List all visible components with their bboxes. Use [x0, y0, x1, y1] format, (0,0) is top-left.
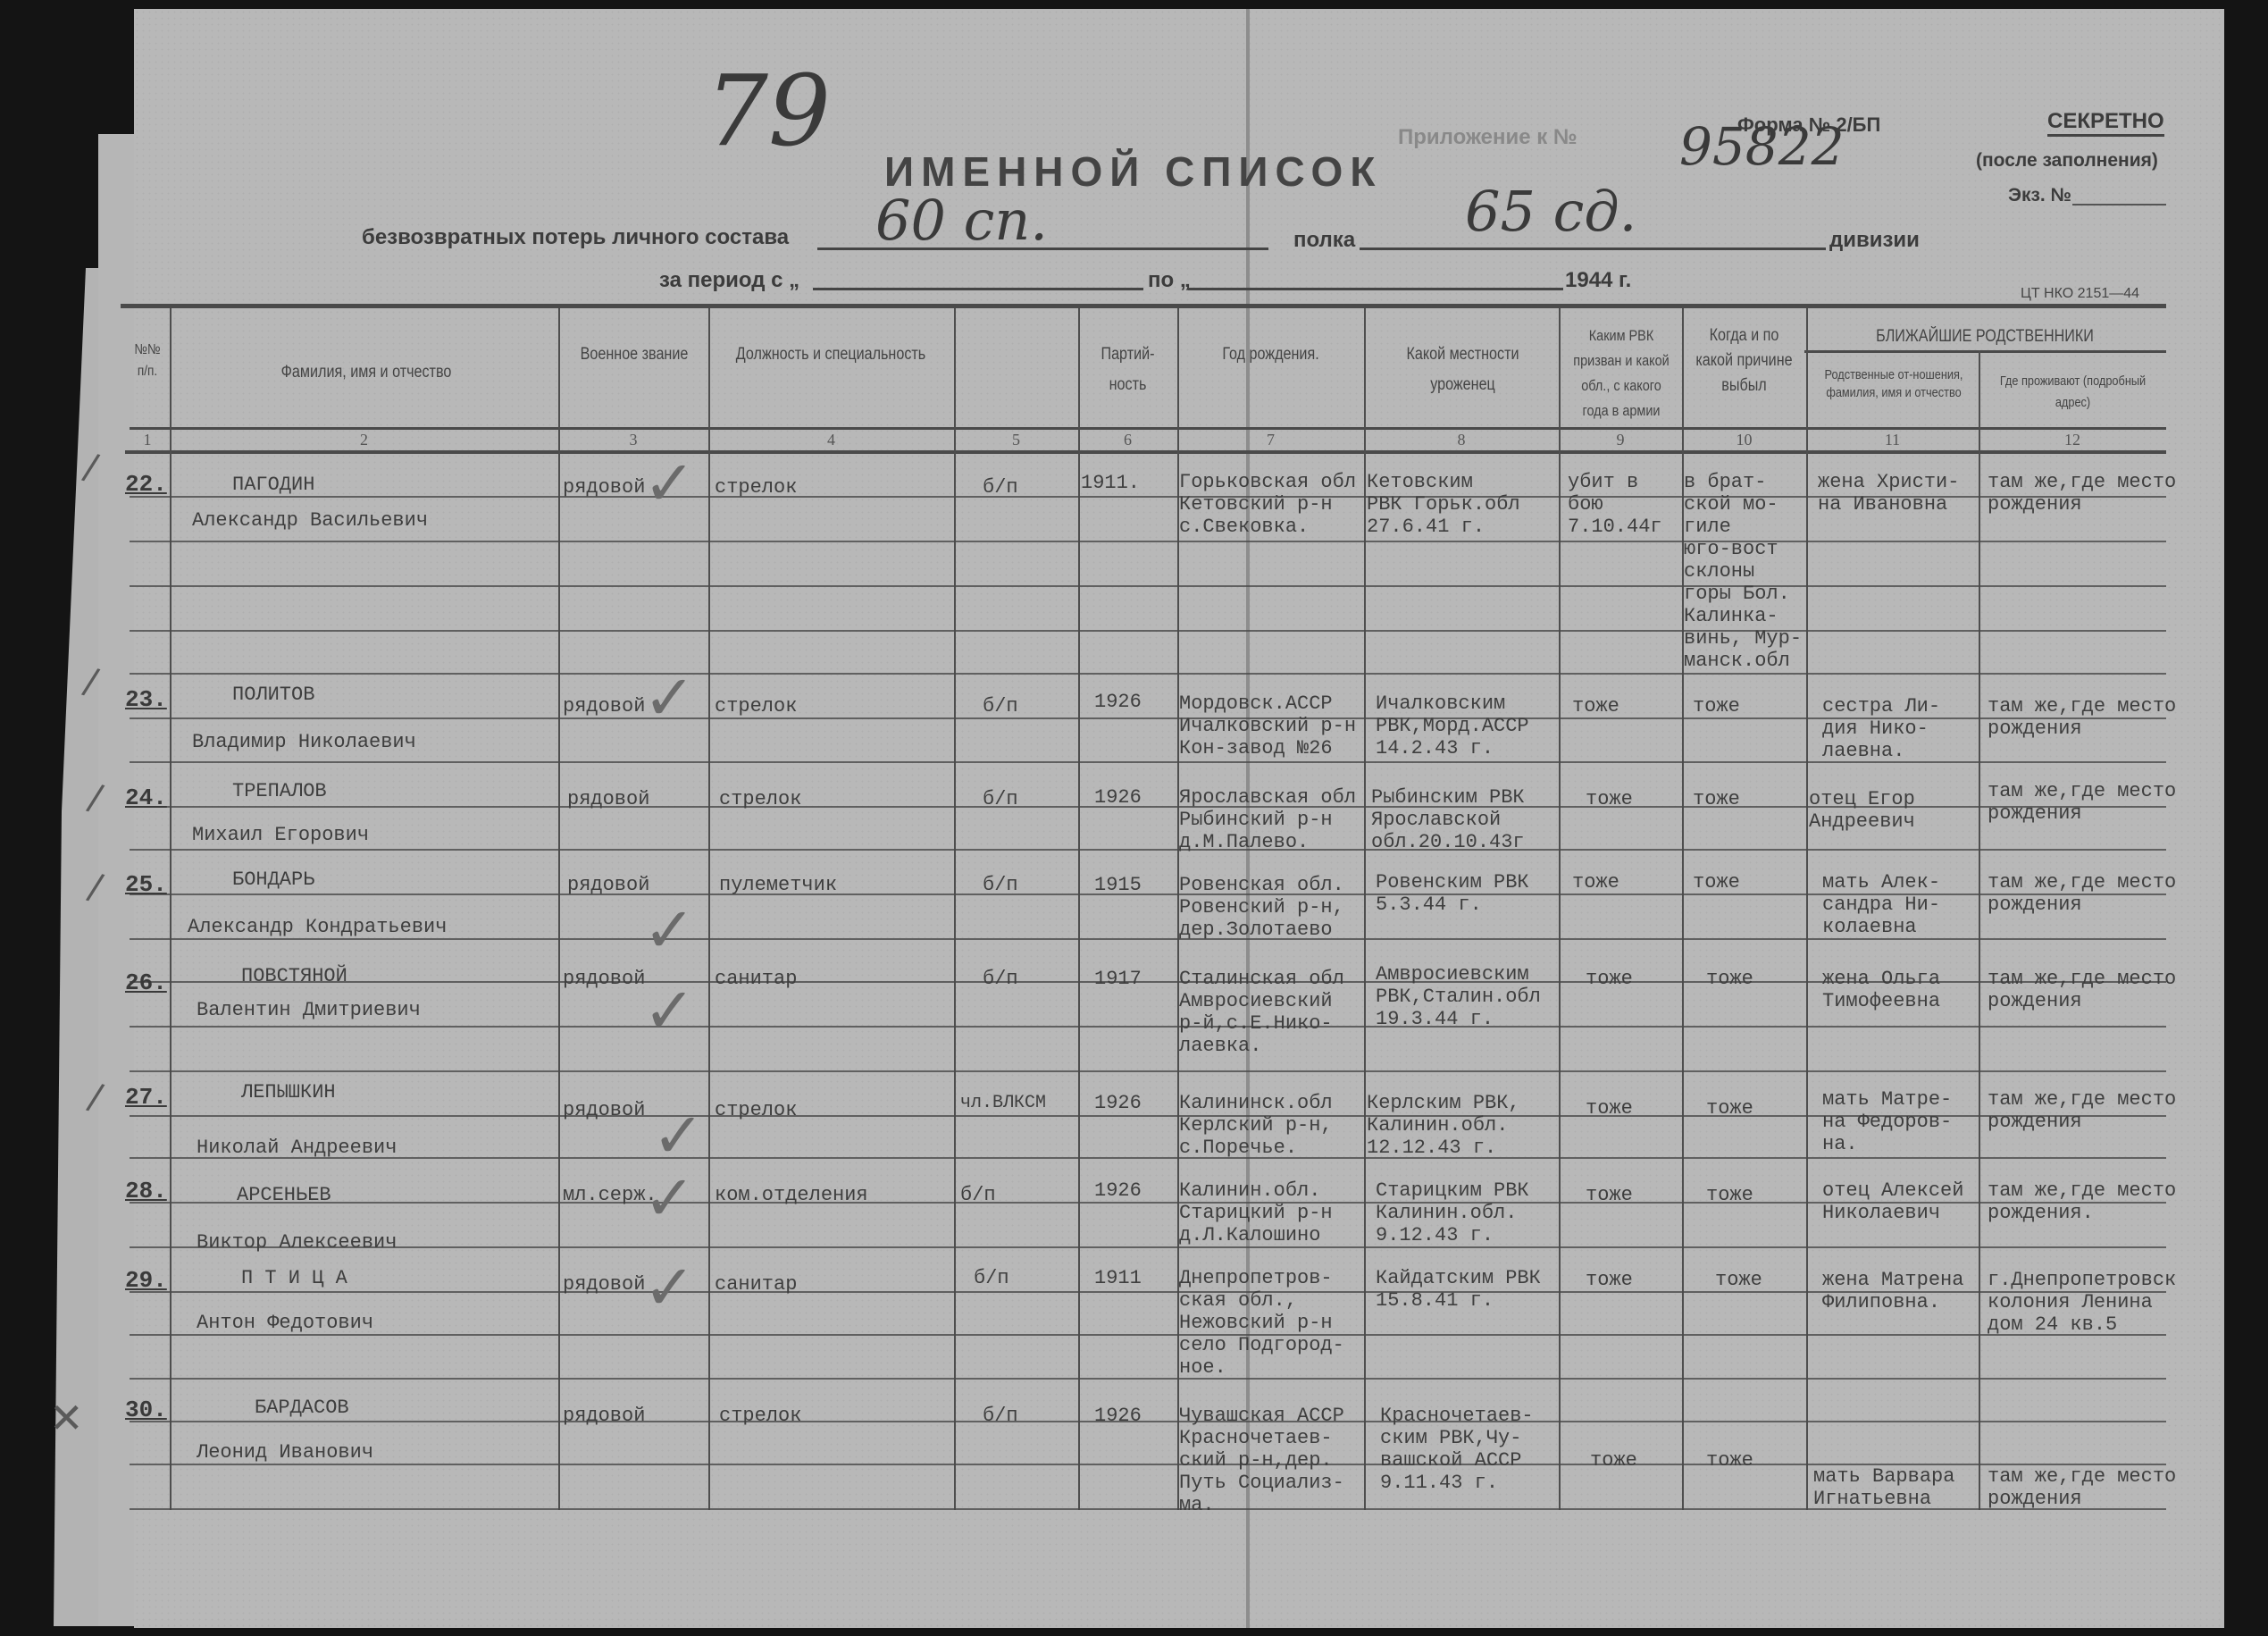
- birth-year: 1926: [1094, 691, 1142, 713]
- party-membership: б/п: [960, 1184, 996, 1206]
- military-rank: рядовой: [563, 695, 645, 717]
- handwritten-page-number: 79: [706, 54, 831, 168]
- pencil-checkmark-icon: ✓: [643, 661, 696, 734]
- next-of-kin: отец Алексей Николаевич: [1822, 1179, 1963, 1224]
- header-col-1: №№ п/п.: [129, 340, 167, 382]
- rule-line: [130, 1070, 2166, 1072]
- row-number: 26.: [125, 969, 167, 996]
- reason-left: тоже: [1586, 1184, 1633, 1206]
- given-names: Антон Федотович: [197, 1312, 373, 1334]
- regiment-label: полка: [1293, 228, 1355, 253]
- position: пулеметчик: [719, 874, 837, 896]
- burial-place: тоже: [1715, 1269, 1762, 1291]
- print-code: ЦТ НКО 2151—44: [2021, 286, 2139, 302]
- header-col-6: Год рождения.: [1193, 340, 1348, 370]
- position: санитар: [715, 1273, 797, 1296]
- birthplace: Ровенская обл. Ровенский р-н, дер.Золота…: [1179, 874, 1344, 941]
- rule-line: [130, 1421, 2166, 1422]
- col-number-7: 7: [1177, 431, 1364, 449]
- kin-address: там же,где место рождения: [1988, 1465, 2176, 1510]
- kin-address: там же,где место рождения: [1988, 695, 2176, 740]
- division-label: дивизии: [1829, 228, 1920, 253]
- position: стрелок: [719, 788, 801, 810]
- col-divider: [170, 308, 172, 1510]
- col-divider: [1979, 350, 1980, 1510]
- col-number-9: 9: [1559, 431, 1682, 449]
- kin-address: там же,где место рождения: [1988, 871, 2176, 916]
- position: санитар: [715, 968, 797, 990]
- row-number: 29.: [125, 1267, 167, 1294]
- party-membership: чл.ВЛКСМ: [960, 1092, 1046, 1114]
- surname: АРСЕНЬЕВ: [237, 1184, 331, 1206]
- birthplace: Чувашская АССР Красночетаев- ский р-н,де…: [1179, 1405, 1344, 1516]
- col-number-6: 6: [1078, 431, 1177, 449]
- margin-ink-blot-icon: ✕: [49, 1394, 84, 1442]
- next-of-kin: мать Матре- на Федоров- на.: [1822, 1088, 1952, 1155]
- surname: ПОВСТЯНОЙ: [241, 965, 347, 987]
- rule-line: [130, 1378, 2166, 1380]
- reason-left: тоже: [1586, 788, 1633, 810]
- birth-year: 1926: [1094, 1179, 1142, 1202]
- party-membership: б/п: [983, 476, 1018, 499]
- military-rank: рядовой: [567, 874, 649, 896]
- reason-left: тоже: [1572, 871, 1619, 894]
- col-number-10: 10: [1682, 431, 1806, 449]
- list-subtitle-prefix: безвозвратных потерь личного состава: [362, 225, 789, 250]
- given-names: Виктор Алексеевич: [197, 1231, 397, 1254]
- col-number-5: 5: [954, 431, 1078, 449]
- col-number-2: 2: [170, 431, 558, 449]
- row-number: 25.: [125, 871, 167, 898]
- position: ком.отделения: [715, 1184, 868, 1206]
- surname: ЛЕПЫШКИН: [241, 1081, 336, 1103]
- rule-line: [130, 585, 2166, 587]
- next-of-kin: жена Матрена Филиповна.: [1822, 1269, 1963, 1313]
- col-number-8: 8: [1364, 431, 1559, 449]
- birthplace: Днепропетров- ская обл., Нежовский р-н с…: [1179, 1267, 1344, 1379]
- kin-address: там же,где место рождения: [1988, 1088, 2176, 1133]
- pencil-checkmark-icon: ✓: [643, 974, 696, 1047]
- col-divider: [1364, 308, 1366, 1510]
- burial-place: в брат- ской мо- гиле юго-вост склоны го…: [1684, 471, 1802, 672]
- military-rank: рядовой: [563, 1405, 645, 1427]
- row-number: 28.: [125, 1178, 167, 1204]
- period-mid: по „: [1148, 268, 1191, 293]
- draft-office: Красночетаев- ским РВК,Чу- вашской АССР …: [1380, 1405, 1534, 1494]
- draft-office: Керлским РВК, Калинин.обл. 12.12.43 г.: [1367, 1092, 1520, 1159]
- period-from-line: [813, 288, 1143, 290]
- copy-number-label: Экз. №: [2008, 185, 2071, 206]
- birth-year: 1926: [1094, 786, 1142, 809]
- kin-address: г.Днепропетровск колония Ленина дом 24 к…: [1988, 1269, 2176, 1336]
- draft-office: Кетовским РВК Горьк.обл 27.6.41 г.: [1367, 471, 1520, 538]
- party-membership: б/п: [974, 1267, 1009, 1289]
- party-membership: б/п: [983, 788, 1018, 810]
- kin-address: там же,где место рождения: [1988, 780, 2176, 825]
- col-divider: [1806, 308, 1808, 1510]
- birth-year: 1917: [1094, 968, 1142, 990]
- rule-line: [130, 1246, 2166, 1248]
- party-membership: б/п: [983, 968, 1018, 990]
- row-number: 27.: [125, 1084, 167, 1111]
- birthplace: Ярославская обл Рыбинский р-н д.М.Палево…: [1179, 786, 1356, 853]
- given-names: Валентин Дмитриевич: [197, 999, 421, 1021]
- kin-address: там же,где место рождения.: [1988, 1179, 2176, 1224]
- reason-left: тоже: [1586, 1097, 1633, 1120]
- period-prefix: за период с „: [659, 268, 799, 293]
- header-relatives-group: БЛИЖАЙШИЕ РОДСТВЕННИКИ: [1833, 322, 2137, 352]
- header-col-7: Какой местности уроженец: [1381, 340, 1544, 400]
- col-number-11: 11: [1806, 431, 1979, 449]
- reason-left: тоже: [1572, 695, 1619, 717]
- birth-year: 1915: [1094, 874, 1142, 896]
- header-col-4: Должность и специальность: [732, 340, 930, 370]
- pencil-checkmark-icon: ✓: [643, 1162, 696, 1235]
- birthplace: Калинин.обл. Старицкий р-н д.Л.Калошино: [1179, 1179, 1333, 1246]
- col-divider: [558, 308, 560, 1510]
- rule-line: [130, 1334, 2166, 1336]
- header-col-12: Где проживают (подробный адрес): [1995, 371, 2150, 414]
- party-membership: б/п: [983, 1405, 1018, 1427]
- header-col-5: Партий-ность: [1088, 340, 1167, 400]
- birth-year: 1911.: [1081, 472, 1140, 494]
- header-col-11: Родственные от-ношения, фамилия, имя и о…: [1821, 366, 1966, 402]
- given-names: Владимир Николаевич: [192, 731, 416, 753]
- birth-year: 1911: [1094, 1267, 1142, 1289]
- col-divider: [1559, 308, 1561, 1510]
- rule-line: [130, 630, 2166, 632]
- burial-place: тоже: [1693, 788, 1740, 810]
- burial-place: тоже: [1706, 1184, 1753, 1206]
- col-divider: [1078, 308, 1080, 1510]
- given-names: Александр Васильевич: [192, 509, 428, 532]
- military-rank: рядовой: [563, 476, 645, 499]
- position: стрелок: [715, 476, 797, 499]
- reason-left: тоже: [1590, 1449, 1637, 1472]
- pencil-checkmark-icon: ✓: [643, 1251, 696, 1324]
- kin-address: там же,где место рождения: [1988, 968, 2176, 1012]
- next-of-kin: жена Ольга Тимофеевна: [1822, 968, 1940, 1012]
- reason-left: тоже: [1586, 968, 1633, 990]
- draft-office: Амвросиевским РВК,Сталин.обл 19.3.44 г.: [1376, 963, 1541, 1030]
- burial-place: тоже: [1706, 1449, 1753, 1472]
- given-names: Николай Андреевич: [197, 1137, 397, 1159]
- birth-year: 1926: [1094, 1092, 1142, 1114]
- regiment-value: 60 сп.: [875, 188, 1048, 253]
- next-of-kin: жена Христи- на Ивановна: [1818, 471, 1959, 516]
- burial-place: тоже: [1693, 695, 1740, 717]
- birthplace: Сталинская обл Амвросиевский р-й,с.Е.Ник…: [1179, 968, 1344, 1057]
- burial-place: тоже: [1706, 968, 1753, 990]
- burial-place: тоже: [1693, 871, 1740, 894]
- col-divider: [708, 308, 710, 1510]
- birthplace: Мордовск.АССР Ичалковский р-н Кон-завод …: [1179, 692, 1356, 759]
- table-top-border: [121, 304, 2166, 308]
- col-number-12: 12: [1979, 431, 2166, 449]
- rule-line: [130, 673, 2166, 675]
- surname: ТРЕПАЛОВ: [232, 780, 327, 802]
- surname: БАРДАСОВ: [255, 1397, 349, 1419]
- burial-place: тоже: [1706, 1097, 1753, 1120]
- division-value: 65 сд.: [1465, 179, 1636, 244]
- draft-office: Ровенским РВК 5.3.44 г.: [1376, 871, 1529, 916]
- party-membership: б/п: [983, 874, 1018, 896]
- header-col-8: Каким РВК призван и какой обл., с какого…: [1572, 323, 1671, 424]
- reason-left: убит в бою 7.10.44г: [1568, 471, 1662, 538]
- column-numbers-divider: [125, 450, 2166, 454]
- rule-line: [130, 938, 2166, 940]
- secrecy-label: СЕКРЕТНО: [2047, 109, 2164, 137]
- header-divider: [130, 427, 2166, 430]
- next-of-kin: мать Варвара Игнатьевна: [1813, 1465, 1954, 1510]
- surname: ПОЛИТОВ: [232, 684, 314, 706]
- pencil-checkmark-icon: ✓: [643, 894, 696, 967]
- next-of-kin: сестра Ли- дия Нико- лаевна.: [1822, 695, 1940, 762]
- surname: П Т И Ц А: [241, 1267, 347, 1289]
- period-year: 1944 г.: [1565, 268, 1631, 293]
- col-number-1: 1: [125, 431, 170, 449]
- form-number: Форма № 2/БП: [1737, 113, 1880, 137]
- surname: ПАГОДИН: [232, 474, 314, 496]
- given-names: Михаил Егорович: [192, 824, 369, 846]
- next-of-kin: мать Алек- сандра Ни- колаевна: [1822, 871, 1940, 938]
- military-rank: рядовой: [567, 788, 649, 810]
- secrecy-note: (после заполнения): [1976, 150, 2158, 172]
- surname: БОНДАРЬ: [232, 868, 314, 891]
- given-names: Леонид Иванович: [197, 1441, 373, 1464]
- position: стрелок: [715, 1099, 797, 1121]
- given-names: Александр Кондратьевич: [188, 916, 447, 938]
- draft-office: Рыбинским РВК Ярославской обл.20.10.43г: [1371, 786, 1525, 853]
- header-col-2: Фамилия, имя и отчество: [203, 357, 530, 388]
- kin-address: там же,где место рождения: [1988, 471, 2176, 516]
- rule-line: [130, 849, 2166, 851]
- next-of-kin: отец Егор Андреевич: [1809, 788, 1915, 833]
- position: стрелок: [715, 695, 797, 717]
- row-number: 22.: [125, 471, 167, 498]
- position: стрелок: [719, 1405, 801, 1427]
- rule-line: [130, 1026, 2166, 1028]
- military-rank: рядовой: [563, 968, 645, 990]
- row-number: 23.: [125, 686, 167, 713]
- birthplace: Калининск.обл Керлский р-н, с.Поречье.: [1179, 1092, 1333, 1159]
- birth-year: 1926: [1094, 1405, 1142, 1427]
- col-number-4: 4: [708, 431, 954, 449]
- birthplace: Горьковская обл Кетовский р-н с.Свековка…: [1179, 471, 1356, 538]
- military-rank: рядовой: [563, 1099, 645, 1121]
- military-rank: рядовой: [563, 1273, 645, 1296]
- draft-office: Кайдатским РВК 15.8.41 г.: [1376, 1267, 1541, 1312]
- row-number: 30.: [125, 1397, 167, 1423]
- draft-office: Ичалковским РВК,Морд.АССР 14.2.43 г.: [1376, 692, 1529, 759]
- attachment-stamp: Приложение к №: [1398, 125, 1578, 150]
- header-col-9: Когда и по какой причине выбыл: [1693, 323, 1795, 399]
- header-col-3: Военное звание: [577, 340, 691, 370]
- period-to-line: [1188, 288, 1563, 290]
- row-number: 24.: [125, 784, 167, 811]
- pencil-checkmark-icon: ✓: [643, 447, 696, 520]
- reason-left: тоже: [1586, 1269, 1633, 1291]
- party-membership: б/п: [983, 695, 1018, 717]
- rule-line: [130, 541, 2166, 542]
- rule-line: [130, 1157, 2166, 1159]
- copy-number-field: [2072, 204, 2166, 206]
- division-field-line: [1360, 247, 1826, 250]
- col-divider: [954, 308, 956, 1510]
- draft-office: Старицким РВК Калинин.обл. 9.12.43 г.: [1376, 1179, 1529, 1246]
